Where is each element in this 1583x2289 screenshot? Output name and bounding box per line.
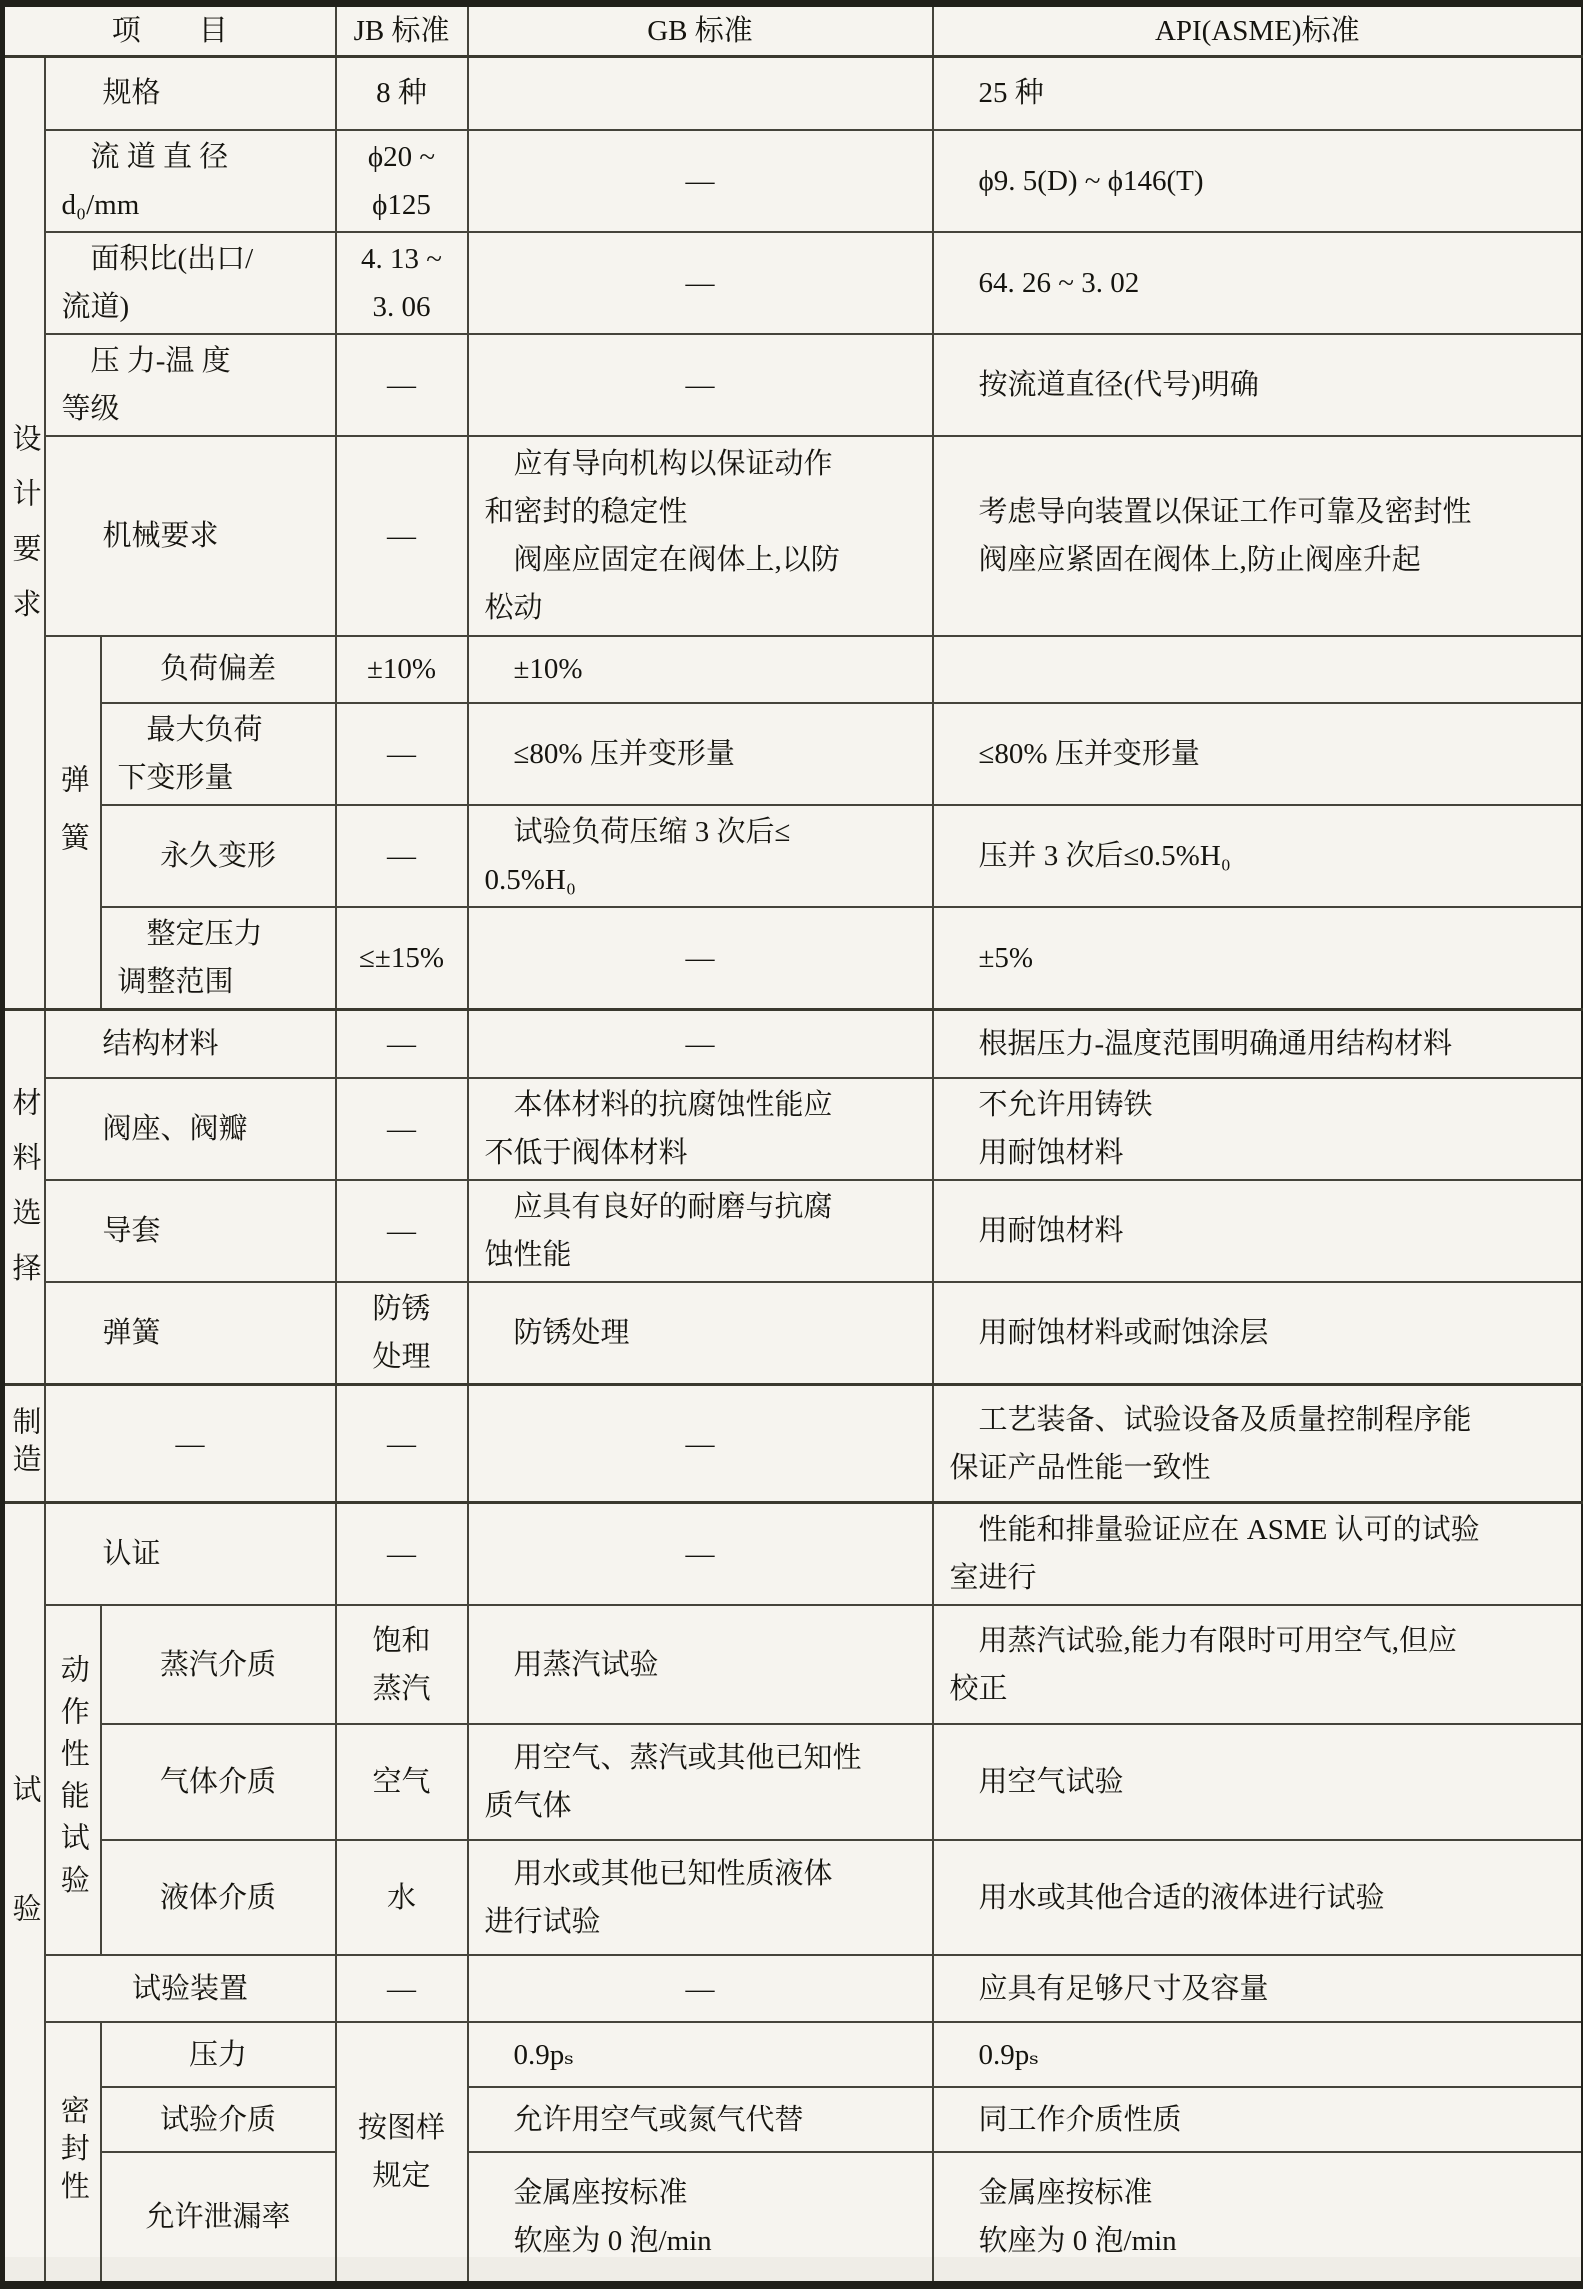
row-seat-jb: — [336, 1078, 468, 1180]
row-perm-api: 压并 3 次后≤0.5%H₀ [933, 805, 1583, 907]
row-device-item: 试验装置 [45, 1955, 336, 2022]
table-row: 流 道 直 径 d₀/mm ϕ20 ~ ϕ125 — ϕ9. 5(D) ~ ϕ1… [3, 130, 1583, 232]
row-cert-api: 性能和排量验证应在 ASME 认可的试验 室进行 [933, 1503, 1583, 1606]
row-setrange-jb: ≤±15% [336, 907, 468, 1010]
row-seat-gb: 本体材料的抗腐蚀性能应 不低于阀体材料 [468, 1078, 933, 1180]
row-guide-api: 用耐蚀材料 [933, 1180, 1583, 1282]
row-flow-jb: ϕ20 ~ ϕ125 [336, 130, 468, 232]
row-liquid-gb: 用水或其他已知性质液体 进行试验 [468, 1840, 933, 1955]
row-struct-api: 根据压力-温度范围明确通用结构材料 [933, 1009, 1583, 1078]
table-row: 制造 — — — 工艺装备、试验设备及质量控制程序能 保证产品性能一致性 [3, 1385, 1583, 1503]
row-spec-api: 25 种 [933, 57, 1583, 130]
row-pressure-api: 0.9pₛ [933, 2022, 1583, 2087]
row-load-api [933, 636, 1583, 703]
row-medium-gb: 允许用空气或氮气代替 [468, 2087, 933, 2152]
row-cert-jb: — [336, 1503, 468, 1606]
row-mech-jb: — [336, 436, 468, 636]
row-device-jb: — [336, 1955, 468, 2022]
table-row: 液体介质 水 用水或其他已知性质液体 进行试验 用水或其他合适的液体进行试验 [3, 1840, 1583, 1955]
row-steam-gb: 用蒸汽试验 [468, 1605, 933, 1724]
row-pt-item: 压 力-温 度 等级 [45, 334, 336, 436]
row-liquid-item: 液体介质 [101, 1840, 336, 1955]
table-row: 最大负荷 下变形量 — ≤80% 压并变形量 ≤80% 压并变形量 [3, 703, 1583, 805]
table-row: 试验装置 — — 应具有足够尺寸及容量 [3, 1955, 1583, 2022]
row-pressure-gb: 0.9pₛ [468, 2022, 933, 2087]
row-cert-item: 认证 [45, 1503, 336, 1606]
header-item: 项 目 [3, 4, 336, 57]
subgroup-spring: 弹簧 [45, 636, 101, 1010]
row-spec-item: 规格 [45, 57, 336, 130]
table-row: 整定压力 调整范围 ≤±15% — ±5% [3, 907, 1583, 1010]
row-gas-gb: 用空气、蒸汽或其他已知性 质气体 [468, 1724, 933, 1840]
row-device-gb: — [468, 1955, 933, 2022]
row-gas-jb: 空气 [336, 1724, 468, 1840]
row-leak-api: 金属座按标准 软座为 0 泡/min [933, 2152, 1583, 2285]
row-guide-gb: 应具有良好的耐磨与抗腐 蚀性能 [468, 1180, 933, 1282]
row-manu-item: — [45, 1385, 336, 1503]
row-load-item: 负荷偏差 [101, 636, 336, 703]
row-medium-api: 同工作介质性质 [933, 2087, 1583, 2152]
row-steam-jb: 饱和 蒸汽 [336, 1605, 468, 1724]
row-spec-gb [468, 57, 933, 130]
row-steam-api: 用蒸汽试验,能力有限时可用空气,但应 校正 [933, 1605, 1583, 1724]
row-manu-api: 工艺装备、试验设备及质量控制程序能 保证产品性能一致性 [933, 1385, 1583, 1503]
row-area-item: 面积比(出口/ 流道) [45, 232, 336, 334]
row-leak-gb: 金属座按标准 软座为 0 泡/min [468, 2152, 933, 2285]
row-setrange-gb: — [468, 907, 933, 1010]
row-struct-gb: — [468, 1009, 933, 1078]
row-pt-gb: — [468, 334, 933, 436]
header-api: API(ASME)标准 [933, 4, 1583, 57]
row-device-api: 应具有足够尺寸及容量 [933, 1955, 1583, 2022]
table-row: 机械要求 — 应有导向机构以保证动作 和密封的稳定性 阀座应固定在阀体上,以防 … [3, 436, 1583, 636]
table-row: 密封性 压力 按图样 规定 0.9pₛ 0.9pₛ [3, 2022, 1583, 2087]
row-seat-item: 阀座、阀瓣 [45, 1078, 336, 1180]
header-gb: GB 标准 [468, 4, 933, 57]
table-row: 弹簧 负荷偏差 ±10% ±10% [3, 636, 1583, 703]
table-header-row: 项 目 JB 标准 GB 标准 API(ASME)标准 [3, 4, 1583, 57]
row-maxdef-jb: — [336, 703, 468, 805]
row-load-jb: ±10% [336, 636, 468, 703]
row-perm-gb: 试验负荷压缩 3 次后≤ 0.5%H₀ [468, 805, 933, 907]
row-liquid-jb: 水 [336, 1840, 468, 1955]
row-struct-jb: — [336, 1009, 468, 1078]
row-guide-jb: — [336, 1180, 468, 1282]
row-flow-gb: — [468, 130, 933, 232]
row-perm-item: 永久变形 [101, 805, 336, 907]
subgroup-action: 动作性能试验 [45, 1605, 101, 1955]
row-load-gb: ±10% [468, 636, 933, 703]
row-manu-jb: — [336, 1385, 468, 1503]
row-leak-item: 允许泄漏率 [101, 2152, 336, 2285]
row-gas-api: 用空气试验 [933, 1724, 1583, 1840]
row-steam-item: 蒸汽介质 [101, 1605, 336, 1724]
standards-comparison-page: 项 目 JB 标准 GB 标准 API(ASME)标准 设计要求 规格 8 种 … [0, 0, 1583, 2257]
row-spring2-item: 弹簧 [45, 1282, 336, 1385]
header-jb: JB 标准 [336, 4, 468, 57]
row-setrange-item: 整定压力 调整范围 [101, 907, 336, 1010]
row-mech-item: 机械要求 [45, 436, 336, 636]
row-flow-item: 流 道 直 径 d₀/mm [45, 130, 336, 232]
row-spring2-api: 用耐蚀材料或耐蚀涂层 [933, 1282, 1583, 1385]
row-pressure-jb: 按图样 规定 [336, 2022, 468, 2285]
row-maxdef-item: 最大负荷 下变形量 [101, 703, 336, 805]
row-maxdef-api: ≤80% 压并变形量 [933, 703, 1583, 805]
row-flow-api: ϕ9. 5(D) ~ ϕ146(T) [933, 130, 1583, 232]
row-pt-api: 按流道直径(代号)明确 [933, 334, 1583, 436]
table-row: 面积比(出口/ 流道) 4. 13 ~ 3. 06 — 64. 26 ~ 3. … [3, 232, 1583, 334]
row-liquid-api: 用水或其他合适的液体进行试验 [933, 1840, 1583, 1955]
row-pressure-item: 压力 [101, 2022, 336, 2087]
table-row: 弹簧 防锈 处理 防锈处理 用耐蚀材料或耐蚀涂层 [3, 1282, 1583, 1385]
table-row: 试验 认证 — — 性能和排量验证应在 ASME 认可的试验 室进行 [3, 1503, 1583, 1606]
group-material: 材料选择 [3, 1009, 45, 1385]
row-area-api: 64. 26 ~ 3. 02 [933, 232, 1583, 334]
row-pt-jb: — [336, 334, 468, 436]
group-manufacture: 制造 [3, 1385, 45, 1503]
table-row: 阀座、阀瓣 — 本体材料的抗腐蚀性能应 不低于阀体材料 不允许用铸铁 用耐蚀材料 [3, 1078, 1583, 1180]
row-area-jb: 4. 13 ~ 3. 06 [336, 232, 468, 334]
row-mech-gb: 应有导向机构以保证动作 和密封的稳定性 阀座应固定在阀体上,以防 松动 [468, 436, 933, 636]
row-spec-jb: 8 种 [336, 57, 468, 130]
row-seat-api: 不允许用铸铁 用耐蚀材料 [933, 1078, 1583, 1180]
table-row: 压 力-温 度 等级 — — 按流道直径(代号)明确 [3, 334, 1583, 436]
table-row: 试验介质 允许用空气或氮气代替 同工作介质性质 [3, 2087, 1583, 2152]
standards-comparison-table: 项 目 JB 标准 GB 标准 API(ASME)标准 设计要求 规格 8 种 … [0, 0, 1583, 2289]
row-mech-api: 考虑导向装置以保证工作可靠及密封性 阀座应紧固在阀体上,防止阀座升起 [933, 436, 1583, 636]
row-maxdef-gb: ≤80% 压并变形量 [468, 703, 933, 805]
row-cert-gb: — [468, 1503, 933, 1606]
table-row: 动作性能试验 蒸汽介质 饱和 蒸汽 用蒸汽试验 用蒸汽试验,能力有限时可用空气,… [3, 1605, 1583, 1724]
row-manu-gb: — [468, 1385, 933, 1503]
table-row: 导套 — 应具有良好的耐磨与抗腐 蚀性能 用耐蚀材料 [3, 1180, 1583, 1282]
row-medium-item: 试验介质 [101, 2087, 336, 2152]
table-row: 气体介质 空气 用空气、蒸汽或其他已知性 质气体 用空气试验 [3, 1724, 1583, 1840]
row-spring2-jb: 防锈 处理 [336, 1282, 468, 1385]
table-row: 材料选择 结构材料 — — 根据压力-温度范围明确通用结构材料 [3, 1009, 1583, 1078]
table-row: 永久变形 — 试验负荷压缩 3 次后≤ 0.5%H₀ 压并 3 次后≤0.5%H… [3, 805, 1583, 907]
row-spring2-gb: 防锈处理 [468, 1282, 933, 1385]
row-perm-jb: — [336, 805, 468, 907]
group-test: 试验 [3, 1503, 45, 2286]
row-guide-item: 导套 [45, 1180, 336, 1282]
row-gas-item: 气体介质 [101, 1724, 336, 1840]
table-row: 允许泄漏率 金属座按标准 软座为 0 泡/min 金属座按标准 软座为 0 泡/… [3, 2152, 1583, 2285]
row-struct-item: 结构材料 [45, 1009, 336, 1078]
row-area-gb: — [468, 232, 933, 334]
row-setrange-api: ±5% [933, 907, 1583, 1010]
subgroup-seal: 密封性 [45, 2022, 101, 2285]
table-row: 设计要求 规格 8 种 25 种 [3, 57, 1583, 130]
group-design: 设计要求 [3, 57, 45, 1010]
